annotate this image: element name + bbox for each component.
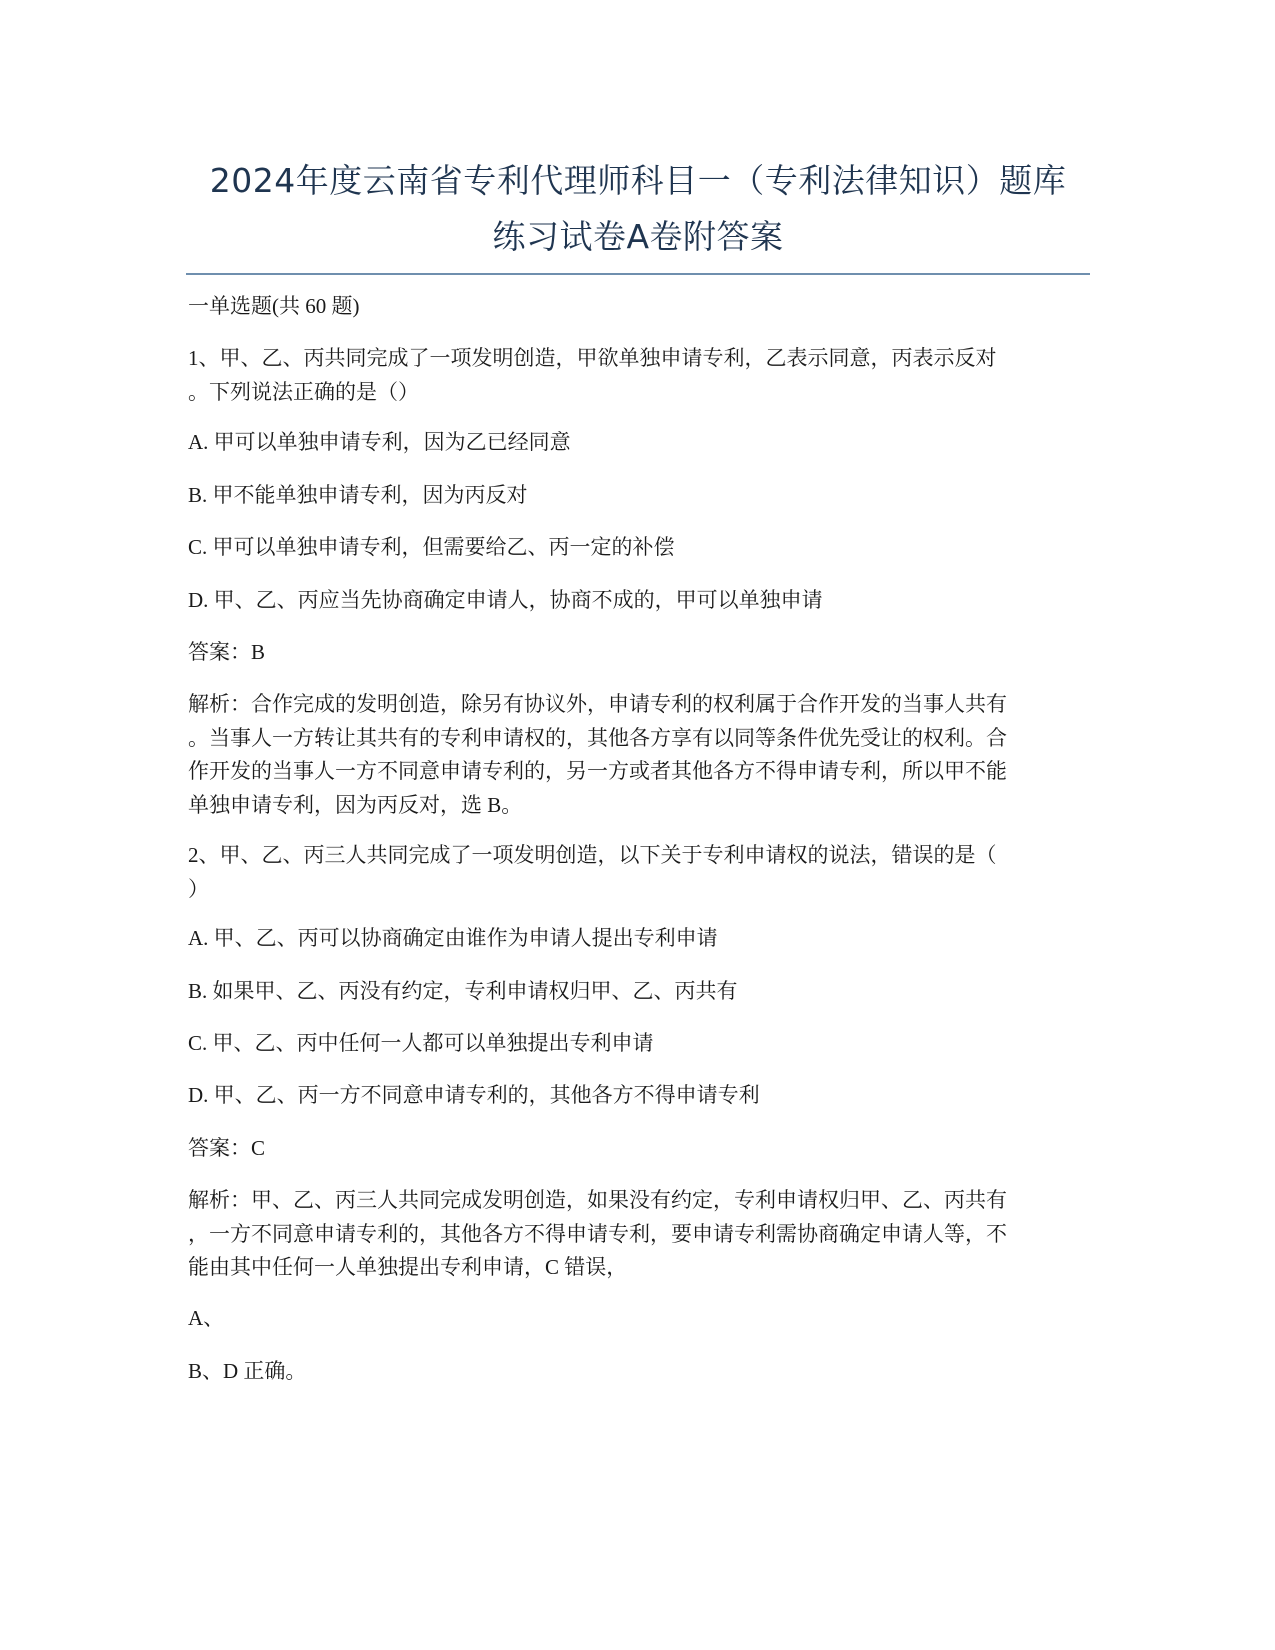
question-1-stem-line: 。下列说法正确的是（） (188, 376, 1088, 410)
question-2-trailing-line: B、D 正确。 (188, 1355, 1088, 1388)
question-1-stem-line: 1、甲、乙、丙共同完成了一项发明创造，甲欲单独申请专利，乙表示同意，丙表示反对 (188, 342, 1088, 376)
question-2-stem-line: ） (188, 873, 1088, 907)
question-2-analysis: 解析：甲、乙、丙三人共同完成发明创造，如果没有约定，专利申请权归甲、乙、丙共有 … (188, 1184, 1088, 1285)
question-2-option-d: D. 甲、乙、丙一方不同意申请专利的，其他各方不得申请专利 (188, 1079, 1088, 1112)
title-divider (186, 273, 1090, 275)
question-1-option-b: B. 甲不能单独申请专利，因为丙反对 (188, 479, 1088, 512)
question-1-option-a: A. 甲可以单独申请专利，因为乙已经同意 (188, 426, 1088, 459)
document-page: 2024年度云南省专利代理师科目一（专利法律知识）题库 练习试卷A卷附答案 一单… (0, 0, 1275, 1650)
section-heading: 一单选题(共 60 题) (188, 290, 1088, 323)
analysis-line: 。当事人一方转让其共有的专利申请权的，其他各方享有以同等条件优先受让的权利。合 (188, 722, 1088, 756)
document-title-line-2: 练习试卷A卷附答案 (186, 209, 1090, 265)
analysis-line: 解析：甲、乙、丙三人共同完成发明创造，如果没有约定，专利申请权归甲、乙、丙共有 (188, 1184, 1088, 1218)
analysis-line: 作开发的当事人一方不同意申请专利的，另一方或者其他各方不得申请专利，所以甲不能 (188, 755, 1088, 789)
analysis-line: 能由其中任何一人单独提出专利申请，C 错误， (188, 1251, 1088, 1285)
question-2-option-a: A. 甲、乙、丙可以协商确定由谁作为申请人提出专利申请 (188, 922, 1088, 955)
question-2-trailing-line: A、 (188, 1302, 1088, 1335)
analysis-line: ，一方不同意申请专利的，其他各方不得申请专利，要申请专利需协商确定申请人等，不 (188, 1218, 1088, 1252)
document-title-line-1: 2024年度云南省专利代理师科目一（专利法律知识）题库 (186, 153, 1090, 209)
question-1-stem: 1、甲、乙、丙共同完成了一项发明创造，甲欲单独申请专利，乙表示同意，丙表示反对 … (188, 342, 1088, 409)
question-1-option-c: C. 甲可以单独申请专利，但需要给乙、丙一定的补偿 (188, 531, 1088, 564)
question-2-stem: 2、甲、乙、丙三人共同完成了一项发明创造，以下关于专利申请权的说法，错误的是（ … (188, 839, 1088, 906)
question-2-answer: 答案：C (188, 1132, 1088, 1165)
question-1-option-d: D. 甲、乙、丙应当先协商确定申请人，协商不成的，甲可以单独申请 (188, 584, 1088, 617)
question-1-analysis: 解析：合作完成的发明创造，除另有协议外，申请专利的权利属于合作开发的当事人共有 … (188, 688, 1088, 822)
question-2-option-b: B. 如果甲、乙、丙没有约定，专利申请权归甲、乙、丙共有 (188, 975, 1088, 1008)
question-2-option-c: C. 甲、乙、丙中任何一人都可以单独提出专利申请 (188, 1027, 1088, 1060)
analysis-line: 解析：合作完成的发明创造，除另有协议外，申请专利的权利属于合作开发的当事人共有 (188, 688, 1088, 722)
analysis-line: 单独申请专利，因为丙反对，选 B。 (188, 789, 1088, 823)
question-1-answer: 答案：B (188, 636, 1088, 669)
question-2-stem-line: 2、甲、乙、丙三人共同完成了一项发明创造，以下关于专利申请权的说法，错误的是（ (188, 839, 1088, 873)
